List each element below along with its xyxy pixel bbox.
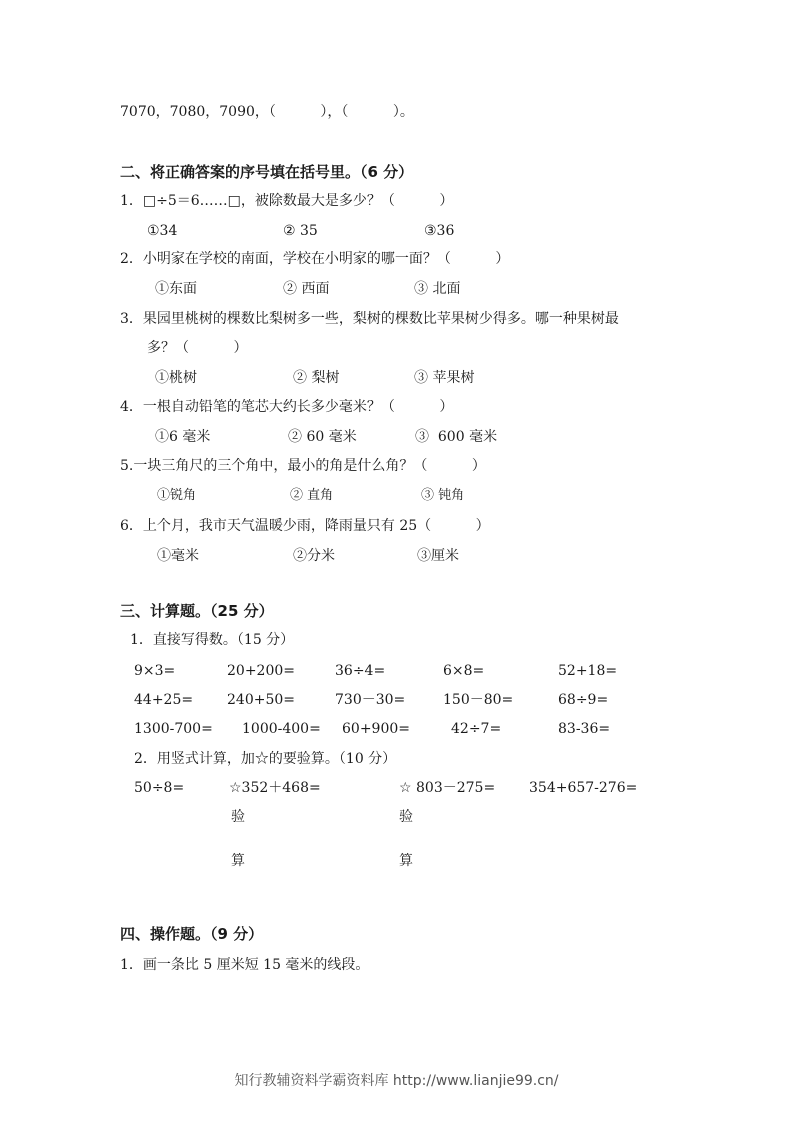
question-2-2-option-2: ② 西面 — [283, 280, 329, 298]
question-2-6-stem: 6．上个月，我市天气温暖少雨，降雨量只有 25（ ） — [120, 517, 490, 535]
question-2-2-option-1: ①东面 — [155, 280, 197, 298]
check-label: 算 — [231, 852, 245, 870]
math-item: 68÷9= — [558, 691, 608, 709]
math-item: 240+50= — [227, 691, 295, 709]
question-2-1-option-2: ② 35 — [283, 222, 318, 240]
question-2-3-option-2: ② 梨树 — [293, 369, 339, 387]
question-2-1-option-1: ①34 — [147, 222, 177, 240]
check-label: 验 — [399, 808, 413, 826]
question-2-2-stem: 2．小明家在学校的南面，学校在小明家的哪一面？（ ） — [120, 250, 509, 268]
math-item: 44+25= — [134, 691, 193, 709]
vertical-calc-problem: 354+657-276= — [529, 779, 637, 797]
question-2-5-stem: 5.一块三角尺的三个角中，最小的角是什么角？（ ） — [120, 457, 486, 475]
question-2-5-option-1: ①锐角 — [157, 487, 196, 505]
question-2-6-option-3: ③厘米 — [417, 547, 459, 565]
vertical-calc-problem: 50÷8= — [134, 779, 184, 797]
section-3-title: 三、计算题。（25 分） — [120, 602, 274, 620]
vertical-calc-problem: ☆ 803－275= — [399, 779, 495, 797]
math-item: 1000-400= — [242, 720, 321, 738]
number-sequence-question: 7070，7080，7090，（ ），（ ）。 — [120, 103, 414, 121]
question-2-2-option-3: ③ 北面 — [414, 280, 460, 298]
question-4-1: 1．画一条比 5 厘米短 15 毫米的线段。 — [120, 956, 369, 974]
question-2-4-option-1: ①6 毫米 — [155, 428, 210, 446]
math-item: 83-36= — [558, 720, 610, 738]
question-2-5-option-2: ② 直角 — [290, 487, 333, 505]
math-item: 6×8= — [443, 662, 484, 680]
check-label: 验 — [231, 808, 245, 826]
footer-watermark: 知行教辅资料学霸资料库 http://www.lianjie99.cn/ — [0, 1070, 793, 1090]
math-item: 730－30= — [335, 691, 405, 709]
question-2-3-option-1: ①桃树 — [155, 369, 197, 387]
math-item: 20+200= — [227, 662, 295, 680]
math-item: 60+900= — [342, 720, 410, 738]
question-2-3-stem: 3．果园里桃树的棵数比梨树多一些，梨树的棵数比苹果树少得多。哪一种果树最 — [120, 310, 619, 328]
question-2-4-option-3: ③ 600 毫米 — [415, 428, 497, 446]
math-item: 1300-700= — [134, 720, 213, 738]
question-2-6-option-2: ②分米 — [293, 547, 335, 565]
section-2-title: 二、将正确答案的序号填在括号里。（6 分） — [120, 163, 413, 181]
check-label: 算 — [399, 852, 413, 870]
question-2-1-stem: 1．□÷5＝6……□，被除数最大是多少？（ ） — [120, 192, 453, 210]
question-2-3-option-3: ③ 苹果树 — [414, 369, 474, 387]
math-item: 42÷7= — [451, 720, 501, 738]
question-2-4-stem: 4．一根自动铅笔的笔芯大约长多少毫米？（ ） — [120, 398, 453, 416]
question-2-3-stem-continued: 多？（ ） — [147, 339, 248, 357]
math-item: 36÷4= — [335, 662, 385, 680]
question-2-4-option-2: ② 60 毫米 — [288, 428, 357, 446]
section-4-title: 四、操作题。（9 分） — [120, 925, 263, 943]
math-item: 9×3= — [134, 662, 175, 680]
section-3-part-2-title: 2．用竖式计算，加☆的要验算。（10 分） — [134, 750, 396, 768]
vertical-calc-problem: ☆352＋468= — [229, 779, 321, 797]
question-2-1-option-3: ③36 — [424, 222, 454, 240]
math-item: 150－80= — [443, 691, 513, 709]
math-item: 52+18= — [558, 662, 617, 680]
question-2-6-option-1: ①毫米 — [157, 547, 199, 565]
question-2-5-option-3: ③ 钝角 — [421, 487, 464, 505]
section-3-part-1-title: 1．直接写得数。（15 分） — [130, 631, 294, 649]
